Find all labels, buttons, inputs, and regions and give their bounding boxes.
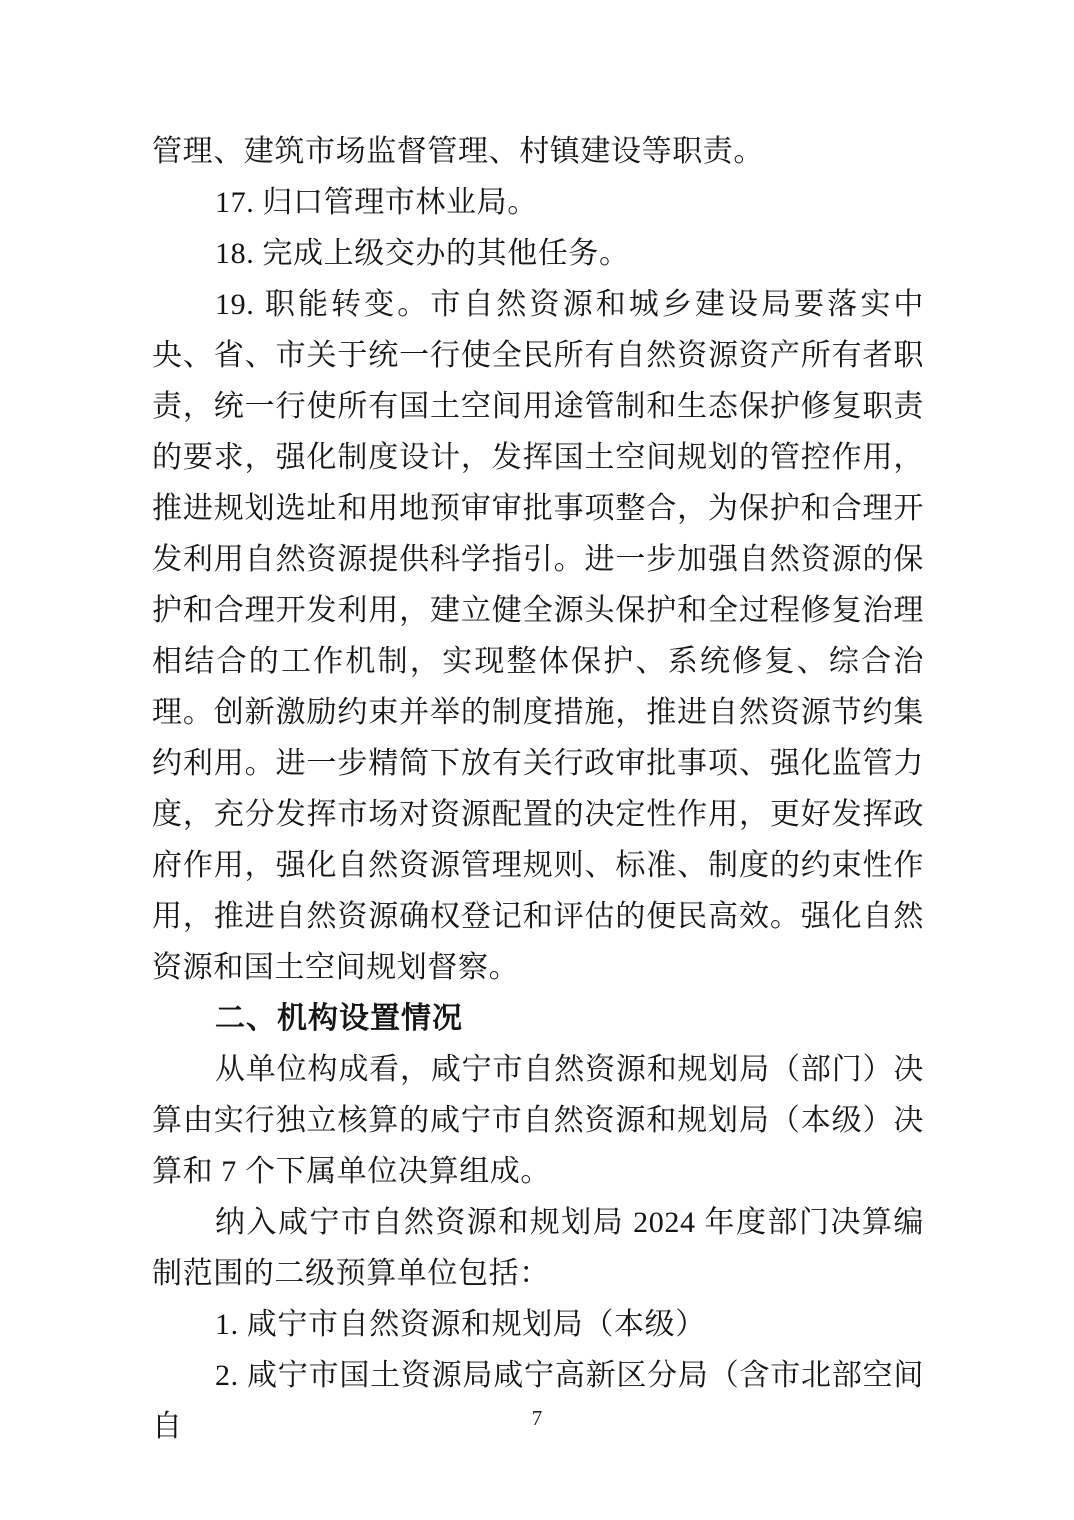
paragraph-item-19-function-transition: 19. 职能转变。市自然资源和城乡建设局要落实中央、省、市关于统一行使全民所有自… bbox=[152, 279, 924, 993]
paragraph-duty-continuation: 管理、建筑市场监督管理、村镇建设等职责。 bbox=[152, 126, 924, 177]
paragraph-budget-units-intro: 纳入咸宁市自然资源和规划局 2024 年度部门决算编制范围的二级预算单位包括： bbox=[152, 1197, 924, 1299]
paragraph-unit-composition: 从单位构成看，咸宁市自然资源和规划局（部门）决算由实行独立核算的咸宁市自然资源和… bbox=[152, 1044, 924, 1197]
paragraph-unit-2-truncated: 2. 咸宁市国土资源局咸宁高新区分局（含市北部空间自 bbox=[152, 1350, 924, 1452]
page-number: 7 bbox=[0, 1404, 1074, 1432]
document-page: 管理、建筑市场监督管理、村镇建设等职责。 17. 归口管理市林业局。 18. 完… bbox=[0, 0, 1074, 1520]
paragraph-item-17: 17. 归口管理市林业局。 bbox=[152, 177, 924, 228]
section-heading-organization-setup: 二、机构设置情况 bbox=[152, 993, 924, 1044]
paragraph-item-18: 18. 完成上级交办的其他任务。 bbox=[152, 228, 924, 279]
document-body: 管理、建筑市场监督管理、村镇建设等职责。 17. 归口管理市林业局。 18. 完… bbox=[152, 126, 924, 1452]
paragraph-unit-1: 1. 咸宁市自然资源和规划局（本级） bbox=[152, 1299, 924, 1350]
